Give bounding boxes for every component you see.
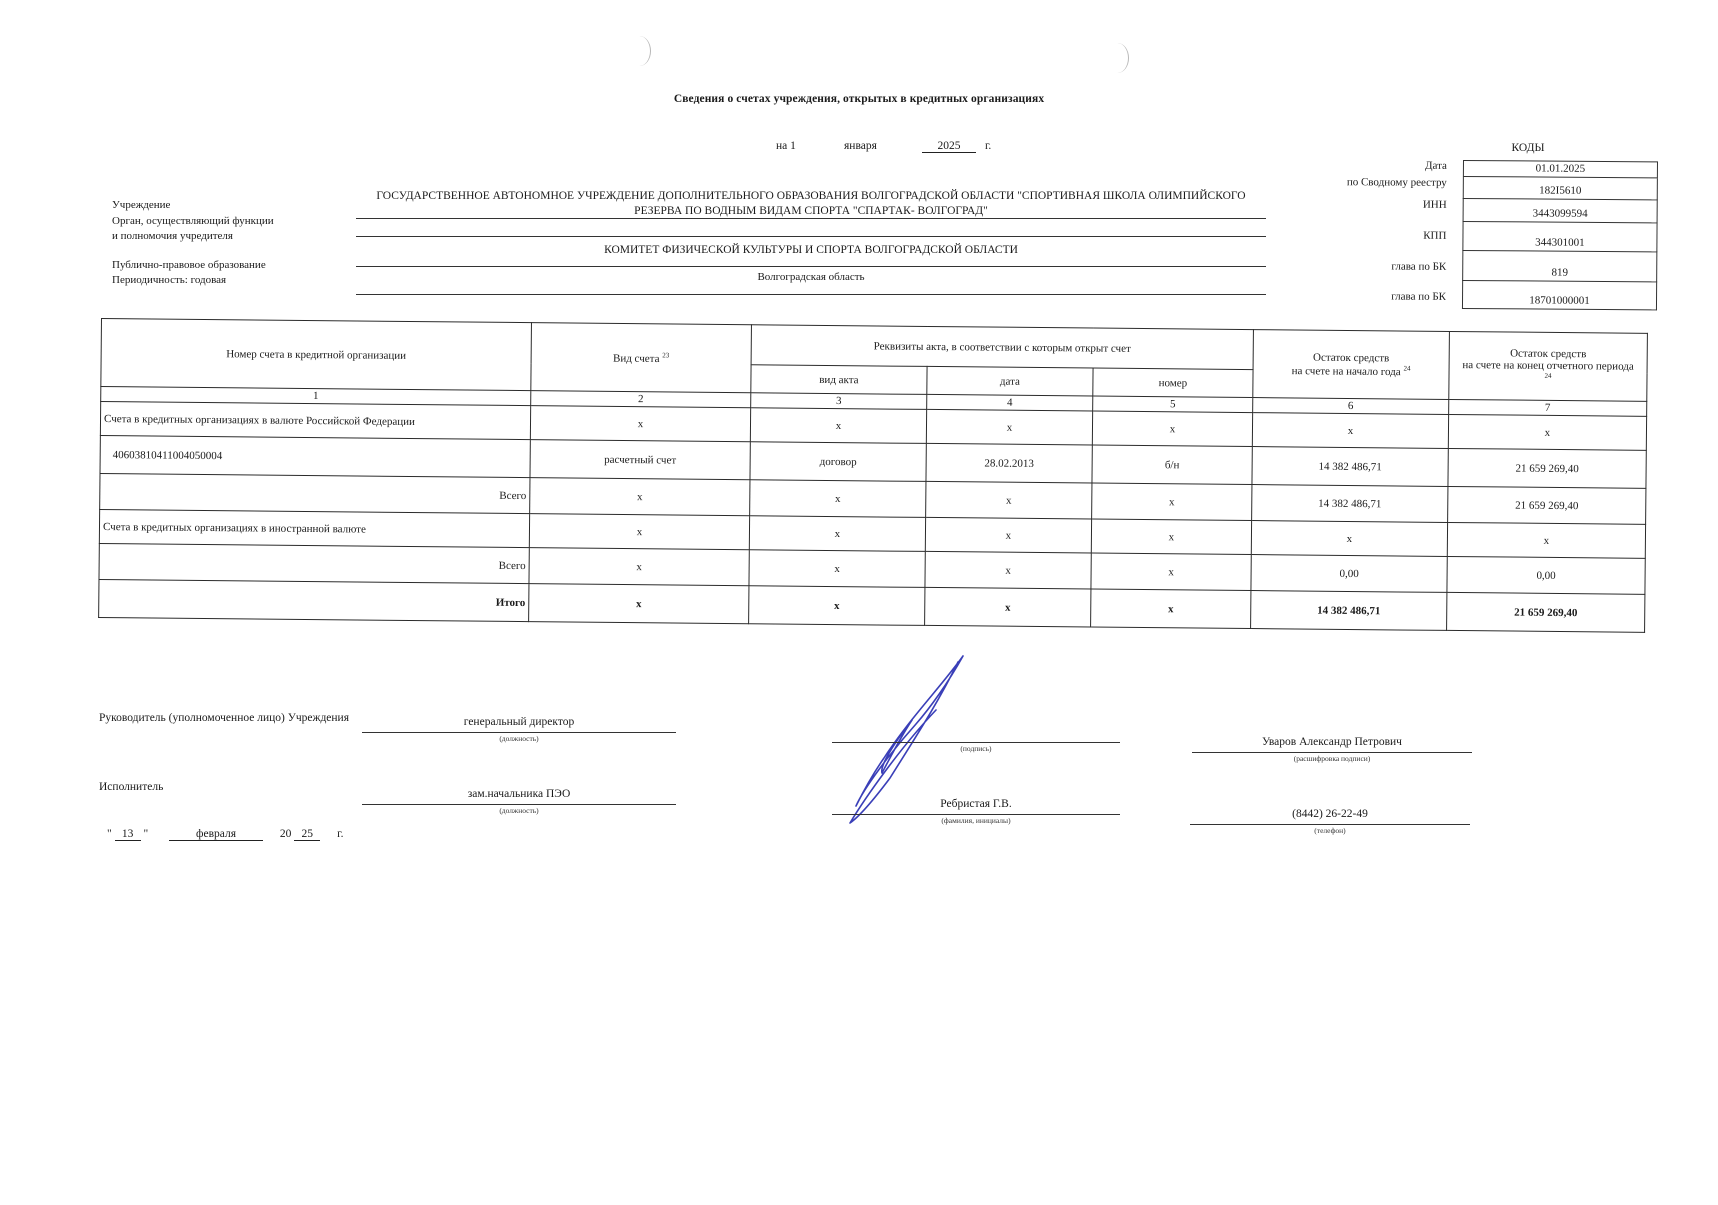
head-label: Руководитель (уполномоченное лицо) Учреж… [99,711,349,726]
header-act-type: вид акта [751,365,927,395]
cell-col-6: 14 382 486,71 [1252,447,1448,487]
code-value-date: 01.01.2025 [1463,160,1658,178]
row-label: Счета в кредитных организациях в валюте … [100,402,530,440]
cell-col-3: x [749,516,925,552]
cell-col-7: x [1447,522,1645,558]
head-name-line [1192,752,1472,753]
head-signature-caption: (подпись) [832,744,1120,753]
cell-col-7: 21 659 269,40 [1448,448,1646,488]
executor-name: Ребристая Г.В. [832,798,1120,810]
codes-box: Дата 01.01.2025 по Сводному реестру 182I… [1462,160,1658,310]
row-label: Итого [99,579,529,621]
cell-col-5: x [1091,553,1251,591]
head-name: Уваров Александр Петрович [1192,736,1472,748]
cell-col-6: 0,00 [1251,555,1447,593]
header-balance-end: Остаток средствна счете на конец отчетно… [1449,331,1648,401]
cell-col-5: x [1092,411,1252,447]
head-position: генеральный директор [362,716,676,728]
executor-phone-caption: (телефон) [1190,826,1470,835]
label-institution: Учреждение [112,198,170,213]
signing-day: 13 [115,828,141,841]
row-label: Счета в кредитных организациях в иностра… [99,509,529,547]
as-of-year: 2025 [922,140,976,153]
cell-col-4: x [926,481,1092,519]
cell-col-6: x [1251,521,1447,557]
header-account-type: Вид счета 23 [531,323,752,393]
signing-date: " 13 " февраля 20 25 г. [107,828,343,841]
as-of-suffix: г. [985,140,991,152]
accounts-table-wrapper: Номер счета в кредитной организации Вид … [98,318,1648,633]
cell-col-7: 0,00 [1447,556,1645,594]
cell-col-3: x [749,586,925,626]
code-label-registry: по Сводному реестру [1347,176,1447,189]
head-position-caption: (должность) [362,734,676,743]
label-founder-line2: и полномочия учредителя [112,229,233,244]
cell-col-7: x [1448,414,1646,450]
cell-col-6: x [1252,413,1448,449]
label-public-entity: Публично-правовое образование [112,258,266,273]
executor-position-caption: (должность) [362,806,676,815]
code-value-oktmo: 18701000001 [1462,281,1657,310]
head-position-line [362,732,676,733]
as-of-month: января [844,140,877,152]
cell-col-4: x [926,409,1092,445]
cell-col-4: 28.02.2013 [926,443,1092,483]
cell-col-5: x [1091,519,1251,555]
institution-name-underline [356,218,1266,219]
executor-name-caption: (фамилия, инициалы) [832,816,1120,825]
cell-col-3: x [749,550,925,588]
cell-col-3: x [750,480,926,518]
code-label-kpp: КПП [1423,230,1446,242]
cell-col-2: x [529,514,749,550]
cell-col-2: x [529,548,749,586]
public-entity-underline [356,294,1266,295]
accounts-table: Номер счета в кредитной организации Вид … [98,318,1648,633]
cell-col-3: договор [750,442,926,482]
code-value-budget-chapter: 819 [1462,251,1657,282]
cell-col-5: x [1091,589,1251,629]
executor-name-line [832,814,1120,815]
cell-col-7: 21 659 269,40 [1447,592,1645,632]
executor-label: Исполнитель [99,780,163,795]
code-label-oktmo: глава по БК [1391,291,1446,303]
row-label: Всего [99,543,529,583]
row-label: Всего [100,473,530,513]
as-of-prefix: на 1 [776,140,796,152]
code-value-registry: 182I5610 [1463,177,1658,200]
code-value-inn: 3443099594 [1463,199,1658,223]
cell-col-2: x [529,584,749,624]
signing-year: 25 [294,828,320,841]
cell-col-3: x [750,408,926,444]
cell-col-4: x [925,517,1091,553]
code-label-budget-chapter: глава по БК [1391,261,1446,273]
executor-phone: (8442) 26-22-49 [1190,808,1470,820]
punch-hole-mark-left [628,36,651,66]
cell-col-7: 21 659 269,40 [1448,486,1646,524]
cell-col-2: x [530,406,750,442]
header-act-number: номер [1093,368,1253,398]
head-signature-line [832,742,1120,743]
executor-position-line [362,804,676,805]
cell-col-6: 14 382 486,71 [1252,485,1448,523]
public-entity-name: Волгоградская область [356,271,1266,283]
code-label-date: Дата [1425,160,1447,172]
cell-col-2: x [530,478,750,516]
row-label: 40603810411004050004 [100,435,530,477]
header-act-date: дата [927,366,1093,396]
code-value-kpp: 344301001 [1462,222,1657,252]
founder-name: КОМИТЕТ ФИЗИЧЕСКОЙ КУЛЬТУРЫ И СПОРТА ВОЛ… [356,244,1266,256]
institution-name-line2: РЕЗЕРВА ПО ВОДНЫМ ВИДАМ СПОРТА "СПАРТАК-… [356,205,1266,217]
cell-col-2: расчетный счет [530,440,750,480]
cell-col-4: x [925,587,1091,627]
founder-underline [356,266,1266,267]
punch-hole-mark-right [1106,43,1129,73]
executor-position: зам.начальника ПЭО [362,788,676,800]
institution-underline-2 [356,236,1266,237]
header-balance-start: Остаток средствна счете на начало года 2… [1253,330,1450,400]
cell-col-4: x [925,551,1091,589]
signing-month: февраля [169,828,263,841]
head-name-caption: (расшифровка подписи) [1192,754,1472,763]
header-act-requisites: Реквизиты акта, в соответствии с которым… [751,325,1253,370]
header-account-number: Номер счета в кредитной организации [101,319,532,391]
codes-title: КОДЫ [1468,142,1588,154]
label-founder-line1: Орган, осуществляющий функции [112,214,274,229]
cell-col-6: 14 382 486,71 [1251,591,1447,631]
executor-phone-line [1190,824,1470,825]
label-periodicity: Периодичность: годовая [112,273,226,288]
cell-col-5: б/н [1092,445,1252,485]
institution-name-line1: ГОСУДАРСТВЕННОЕ АВТОНОМНОЕ УЧРЕЖДЕНИЕ ДО… [356,190,1266,202]
code-label-inn: ИНН [1423,199,1447,211]
document-title: Сведения о счетах учреждения, открытых в… [0,93,1718,105]
cell-col-5: x [1092,483,1252,521]
